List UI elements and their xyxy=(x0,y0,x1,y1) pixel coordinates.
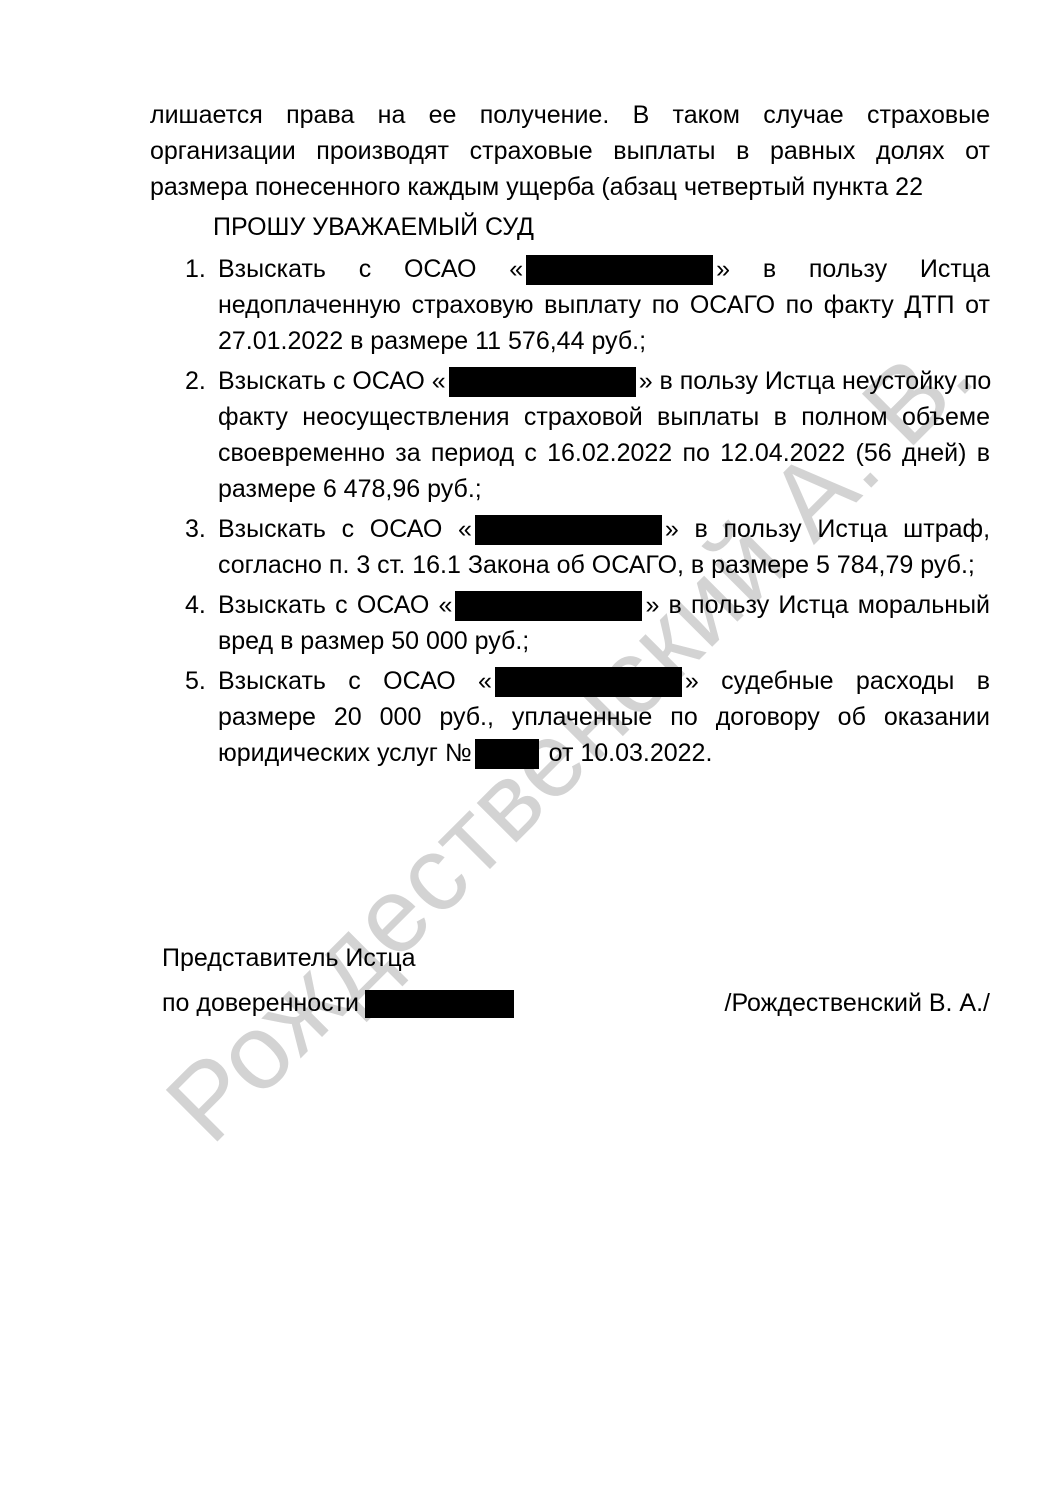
redaction-box xyxy=(365,990,514,1018)
claim-line: размере 20 000 руб., уплаченные по догов… xyxy=(218,699,990,735)
signature-block: Представитель Истца по доверенности /Рож… xyxy=(162,940,990,1021)
claim-line: вред в размер 50 000 руб.; xyxy=(218,623,990,659)
redaction-box xyxy=(455,591,642,621)
signature-role-line: Представитель Истца xyxy=(162,940,990,976)
claim-line: недоплаченную страховую выплату по ОСАГО… xyxy=(218,287,990,323)
claim-line: Взыскать с ОСАО «» в пользу Истца штраф, xyxy=(218,511,990,547)
signature-attorney-line: по доверенности xyxy=(162,985,517,1021)
redaction-box xyxy=(475,515,662,545)
claim-text: » в пользу Истца неустойку по xyxy=(639,367,992,395)
claim-text: Взыскать с ОСАО « xyxy=(218,591,452,619)
claim-text: Взыскать с ОСАО « xyxy=(218,515,472,543)
claim-text: юридических услуг № xyxy=(218,739,472,767)
claim-item-1: 1. Взыскать с ОСАО «» в пользу Истца нед… xyxy=(150,251,990,359)
claim-item-3: 3. Взыскать с ОСАО «» в пользу Истца штр… xyxy=(150,511,990,583)
signature-name: /Рождественский В. А./ xyxy=(725,985,990,1021)
signature-label: по доверенности xyxy=(162,989,359,1017)
claim-line: Взыскать с ОСАО «» судебные расходы в xyxy=(218,663,990,699)
document-page: Рождественский А. В. лишается права на е… xyxy=(0,0,1061,1500)
redaction-box xyxy=(495,667,682,697)
signature-row: по доверенности /Рождественский В. А./ xyxy=(162,985,990,1021)
claim-text: » в пользу Истца штраф, xyxy=(665,515,990,543)
paragraph-line: организации производят страховые выплаты… xyxy=(150,133,990,169)
claim-item-2: 2. Взыскать с ОСАО «» в пользу Истца неу… xyxy=(150,363,990,507)
paragraph-line: лишается права на ее получение. В таком … xyxy=(150,97,990,133)
claim-item-4: 4. Взыскать с ОСАО «» в пользу Истца мор… xyxy=(150,587,990,659)
claim-line: юридических услуг № от 10.03.2022. xyxy=(218,735,990,771)
claim-line: Взыскать с ОСАО «» в пользу Истца xyxy=(218,251,990,287)
claim-item-5: 5. Взыскать с ОСАО «» судебные расходы в… xyxy=(150,663,990,771)
document-content: лишается права на ее получение. В таком … xyxy=(0,0,1061,1500)
claim-line: размере 6 478,96 руб.; xyxy=(218,471,990,507)
petition-heading: ПРОШУ УВАЖАЕМЫЙ СУД xyxy=(213,209,990,245)
claim-number: 3. xyxy=(185,511,206,547)
claim-number: 2. xyxy=(185,363,206,399)
claims-list: 1. Взыскать с ОСАО «» в пользу Истца нед… xyxy=(150,251,990,771)
claim-line: Взыскать с ОСАО «» в пользу Истца неусто… xyxy=(218,363,990,399)
claim-text: Взыскать с ОСАО « xyxy=(218,367,446,395)
intro-paragraph: лишается права на ее получение. В таком … xyxy=(150,97,990,205)
claim-text: от 10.03.2022. xyxy=(542,739,713,767)
claim-text: Взыскать с ОСАО « xyxy=(218,255,523,283)
claim-text: » судебные расходы в xyxy=(685,667,990,695)
redaction-box xyxy=(449,367,636,397)
claim-line: факту неосуществления страховой выплаты … xyxy=(218,399,990,435)
redaction-box xyxy=(526,255,713,285)
paragraph-line: размера понесенного каждым ущерба (абзац… xyxy=(150,169,990,205)
redaction-box xyxy=(475,739,539,769)
claim-line: согласно п. 3 ст. 16.1 Закона об ОСАГО, … xyxy=(218,547,990,583)
claim-text: » в пользу Истца xyxy=(716,255,990,283)
claim-line: своевременно за период с 16.02.2022 по 1… xyxy=(218,435,990,471)
claim-line: 27.01.2022 в размере 11 576,44 руб.; xyxy=(218,323,990,359)
claim-number: 1. xyxy=(185,251,206,287)
claim-number: 5. xyxy=(185,663,206,699)
claim-line: Взыскать с ОСАО «» в пользу Истца мораль… xyxy=(218,587,990,623)
claim-text: » в пользу Истца моральный xyxy=(645,591,990,619)
claim-number: 4. xyxy=(185,587,206,623)
claim-text: Взыскать с ОСАО « xyxy=(218,667,492,695)
